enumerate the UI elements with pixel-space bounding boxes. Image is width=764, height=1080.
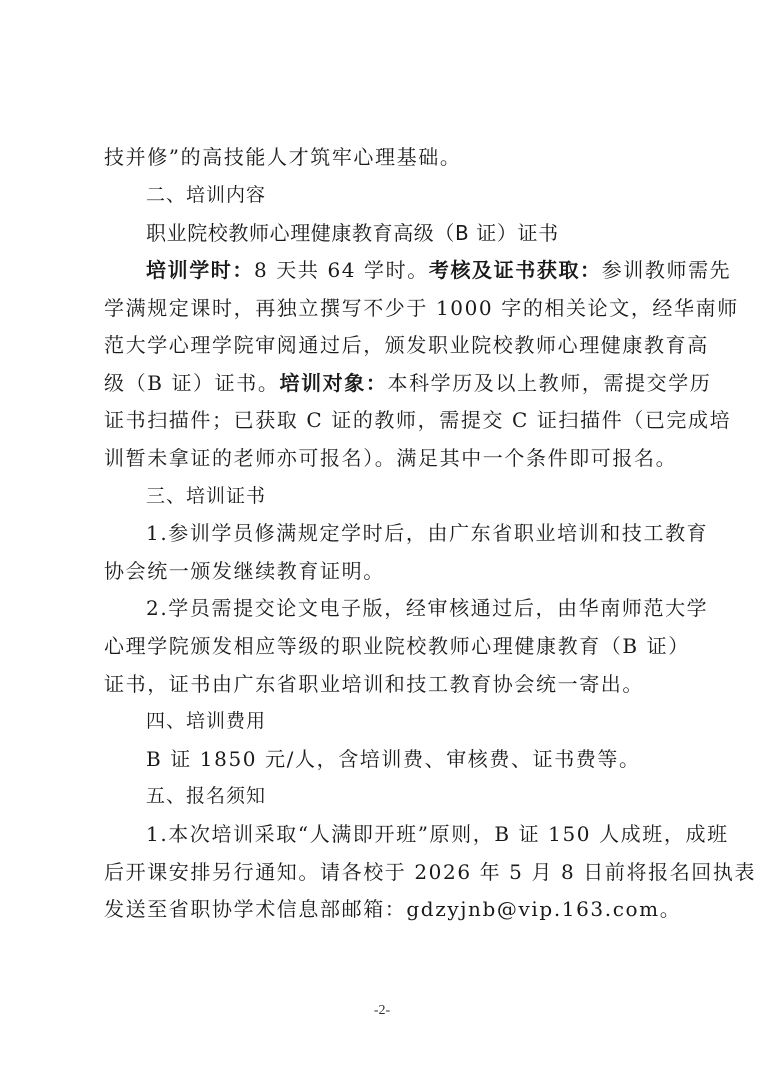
- section-heading-registration: 五、报名须知: [146, 784, 670, 808]
- paragraph-line: 训暂未拿证的老师亦可报名）。满足其中一个条件即可报名。: [104, 446, 670, 470]
- text: 参训教师需先: [602, 258, 732, 282]
- document-page: 技并修”的高技能人才筑牢心理基础。 二、培训内容 职业院校教师心理健康教育高级（…: [0, 0, 764, 1080]
- paragraph-line: 证书，证书由广东省职业培训和技工教育协会统一寄出。: [104, 672, 670, 696]
- paragraph-line: B 证 1850 元/人，含培训费、审核费、证书费等。: [146, 747, 670, 771]
- section-heading-training-content: 二、培训内容: [146, 183, 670, 207]
- text: 8 天共 64 学时。: [254, 258, 429, 282]
- label-assessment: 考核及证书获取：: [429, 258, 602, 282]
- section-heading-certificate: 三、培训证书: [146, 484, 670, 508]
- paragraph-line: 发送至省职协学术信息部邮箱：gdzyjnb@vip.163.com。: [104, 897, 670, 921]
- certificate-title: 职业院校教师心理健康教育高级（B 证）证书: [146, 221, 670, 245]
- paragraph-line: 级（B 证）证书。培训对象：本科学历及以上教师，需提交学历: [104, 371, 670, 395]
- paragraph-line: 1.本次培训采取“人满即开班”原则，B 证 150 人成班，成班: [146, 822, 670, 846]
- paragraph-line: 协会统一颁发继续教育证明。: [104, 559, 670, 583]
- paragraph-line: 心理学院颁发相应等级的职业院校教师心理健康教育（B 证）: [104, 634, 670, 658]
- paragraph-line: 1.参训学员修满规定学时后，由广东省职业培训和技工教育: [146, 521, 670, 545]
- paragraph-line: 后开课安排另行通知。请各校于 2026 年 5 月 8 日前将报名回执表: [104, 860, 670, 884]
- paragraph-line: 范大学心理学院审阅通过后，颁发职业院校教师心理健康教育高: [104, 333, 670, 357]
- paragraph-line: 证书扫描件；已获取 C 证的教师，需提交 C 证扫描件（已完成培: [104, 408, 670, 432]
- page-number: -2-: [0, 1003, 764, 1019]
- section-heading-fees: 四、培训费用: [146, 709, 670, 733]
- text: 本科学历及以上教师，需提交学历: [387, 371, 711, 395]
- label-training-hours: 培训学时：: [146, 258, 254, 282]
- label-target-audience: 培训对象：: [279, 371, 387, 395]
- paragraph-line: 技并修”的高技能人才筑牢心理基础。: [104, 145, 670, 169]
- paragraph-line: 学满规定课时，再独立撰写不少于 1000 字的相关论文，经华南师: [104, 296, 670, 320]
- paragraph-line: 培训学时：8 天共 64 学时。考核及证书获取：参训教师需先: [146, 258, 670, 282]
- paragraph-line: 2.学员需提交论文电子版，经审核通过后，由华南师范大学: [146, 596, 670, 620]
- text: 级（B 证）证书。: [104, 371, 279, 395]
